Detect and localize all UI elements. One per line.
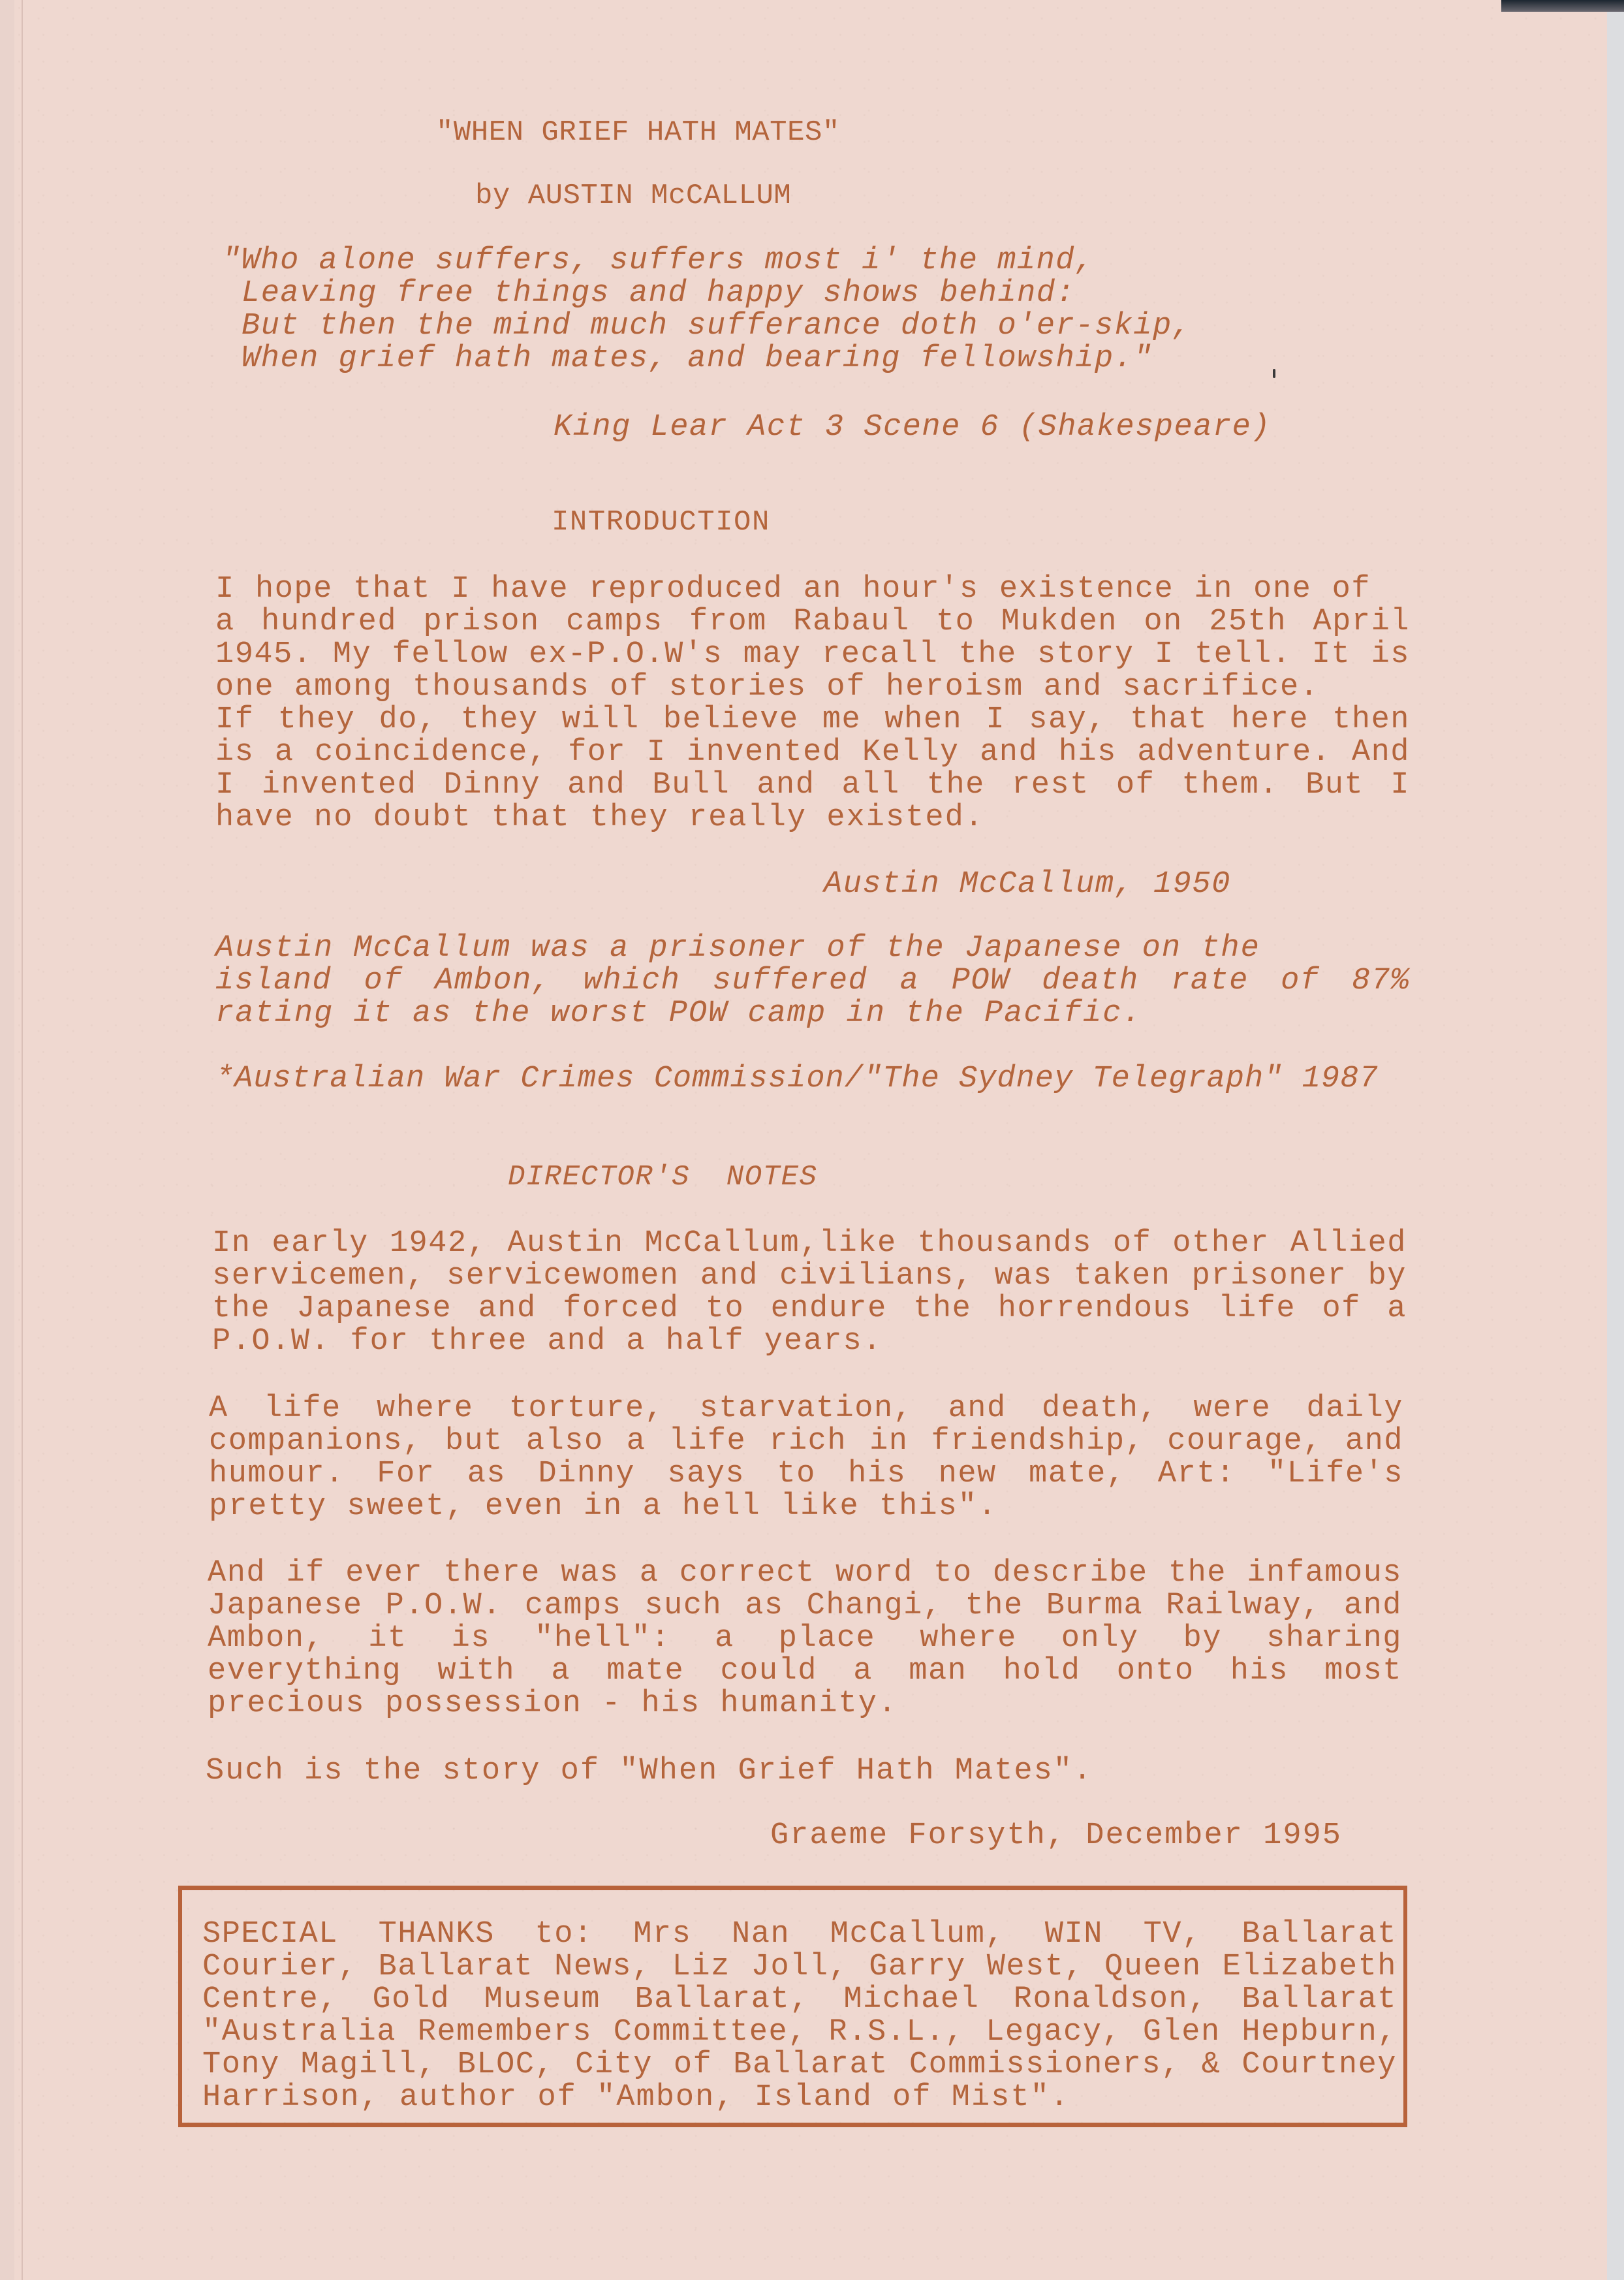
intro-line: If they do, they will believe me when I … — [215, 704, 1410, 736]
notes-line: humour. For as Dinny says to his new mat… — [209, 1458, 1403, 1491]
notes-line: precious possession - his humanity. — [208, 1688, 898, 1720]
thanks-line: SPECIAL THANKS to: Mrs Nan McCallum, WIN… — [202, 1918, 1397, 1951]
thanks-line: Harrison, author of "Ambon, Island of Mi… — [202, 2082, 1070, 2114]
notes-line: Japanese P.O.W. camps such as Changi, th… — [208, 1590, 1402, 1623]
intro-source-citation: *Australian War Crimes Commission/"The S… — [215, 1063, 1378, 1096]
epigraph-line: Leaving free things and happy shows behi… — [242, 277, 1075, 310]
notes-line: And if ever there was a correct word to … — [208, 1557, 1402, 1590]
section-heading-directors-notes: DIRECTOR'S NOTES — [508, 1161, 817, 1194]
intro-note-line: rating it as the worst POW camp in the P… — [215, 998, 1142, 1030]
intro-line: one among thousands of stories of herois… — [215, 671, 1319, 704]
thanks-line: Courier, Ballarat News, Liz Joll, Garry … — [202, 1951, 1397, 1984]
notes-line: A life where torture, starvation, and de… — [209, 1393, 1403, 1425]
epigraph-line: But then the mind much sufferance doth o… — [242, 310, 1192, 343]
epigraph-attribution: King Lear Act 3 Scene 6 (Shakespeare) — [554, 411, 1271, 444]
page-title: "WHEN GRIEF HATH MATES" — [436, 116, 840, 149]
section-heading-introduction: INTRODUCTION — [552, 506, 770, 539]
intro-line: is a coincidence, for I invented Kelly a… — [215, 736, 1410, 769]
notes-line: P.O.W. for three and a half years. — [212, 1325, 882, 1358]
notes-line: Ambon, it is "hell": a place where only … — [208, 1623, 1402, 1655]
scan-background-edge — [1607, 0, 1624, 2280]
intro-line: a hundred prison camps from Rabaul to Mu… — [215, 606, 1410, 639]
scan-shadow-edge — [1501, 0, 1624, 12]
intro-line: I hope that I have reproduced an hour's … — [215, 573, 1371, 606]
intro-line: 1945. My fellow ex-P.O.W's may recall th… — [215, 639, 1410, 671]
intro-line: have no doubt that they really existed. — [215, 802, 984, 834]
intro-line: I invented Dinny and Bull and all the re… — [215, 769, 1410, 802]
notes-signature: Graeme Forsyth, December 1995 — [770, 1820, 1342, 1852]
notes-line: In early 1942, Austin McCallum,like thou… — [212, 1227, 1407, 1260]
notes-line: everything with a mate could a man hold … — [208, 1655, 1402, 1688]
thanks-line: "Australia Remembers Committee, R.S.L., … — [202, 2016, 1397, 2049]
notes-line: Such is the story of "When Grief Hath Ma… — [206, 1755, 1093, 1788]
page-fold-line — [22, 0, 23, 2280]
notes-line: companions, but also a life rich in frie… — [209, 1425, 1403, 1458]
ink-speck — [1273, 369, 1275, 378]
notes-line: pretty sweet, even in a hell like this". — [209, 1491, 997, 1523]
epigraph-line: When grief hath mates, and bearing fello… — [242, 343, 1153, 375]
author-byline: by AUSTIN McCALLUM — [475, 180, 791, 212]
thanks-line: Tony Magill, BLOC, City of Ballarat Comm… — [202, 2049, 1397, 2082]
intro-note-line: island of Ambon, which suffered a POW de… — [215, 965, 1410, 998]
epigraph-line: "Who alone suffers, suffers most i' the … — [222, 245, 1095, 277]
thanks-line: Centre, Gold Museum Ballarat, Michael Ro… — [202, 1984, 1397, 2016]
intro-note-line: Austin McCallum was a prisoner of the Ja… — [215, 932, 1260, 965]
intro-signature: Austin McCallum, 1950 — [824, 868, 1231, 901]
notes-line: the Japanese and forced to endure the ho… — [212, 1293, 1407, 1325]
notes-line: servicemen, servicewomen and civilians, … — [212, 1260, 1407, 1293]
